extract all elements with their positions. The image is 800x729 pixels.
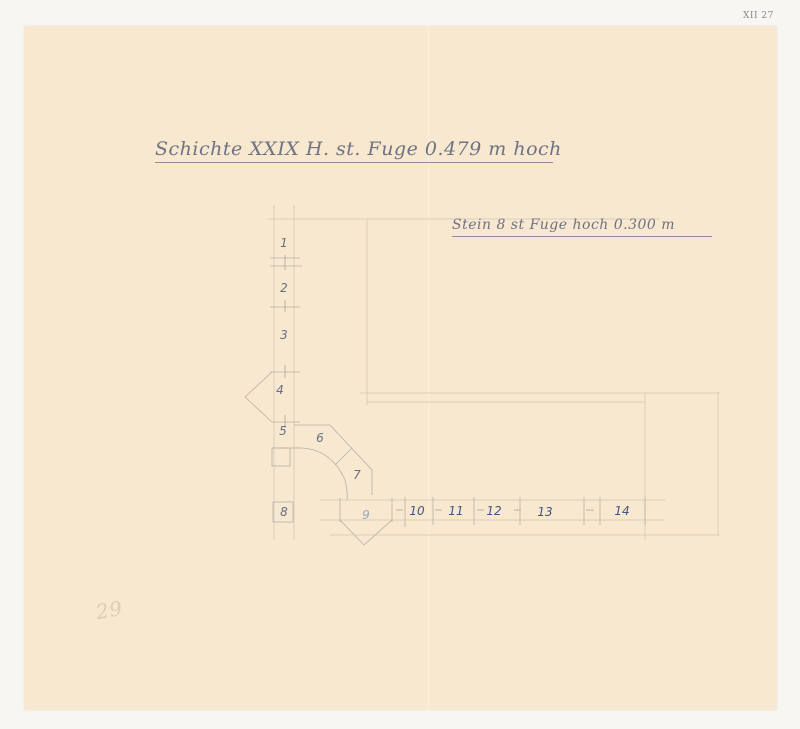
stone-label-13: 13 bbox=[537, 505, 552, 519]
stone-label-2: 2 bbox=[280, 281, 288, 295]
stone-label-9: 9 bbox=[362, 508, 370, 522]
stone-label-3: 3 bbox=[280, 328, 288, 342]
drawing-title: Schichte XXIX H. st. Fuge 0.479 m hoch bbox=[155, 138, 553, 163]
stone-label-6: 6 bbox=[316, 431, 324, 445]
sheet-number: XII 27 bbox=[743, 11, 774, 21]
construction-guide-lines bbox=[268, 205, 720, 540]
stone-label-7: 7 bbox=[353, 468, 361, 482]
joint-tick-marks bbox=[285, 255, 594, 510]
stone-label-12: 12 bbox=[486, 504, 501, 518]
stone-label-8: 8 bbox=[280, 505, 288, 519]
stone-label-5: 5 bbox=[279, 424, 287, 438]
stone-label-4: 4 bbox=[276, 383, 284, 397]
stone-label-11: 11 bbox=[448, 504, 463, 518]
stone-label-14: 14 bbox=[614, 504, 629, 518]
drawing-subtitle: Stein 8 st Fuge hoch 0.300 m bbox=[452, 217, 712, 237]
stone-label-10: 10 bbox=[409, 504, 424, 518]
faint-margin-mark: 29 bbox=[94, 596, 124, 624]
stone-label-1: 1 bbox=[280, 236, 288, 250]
